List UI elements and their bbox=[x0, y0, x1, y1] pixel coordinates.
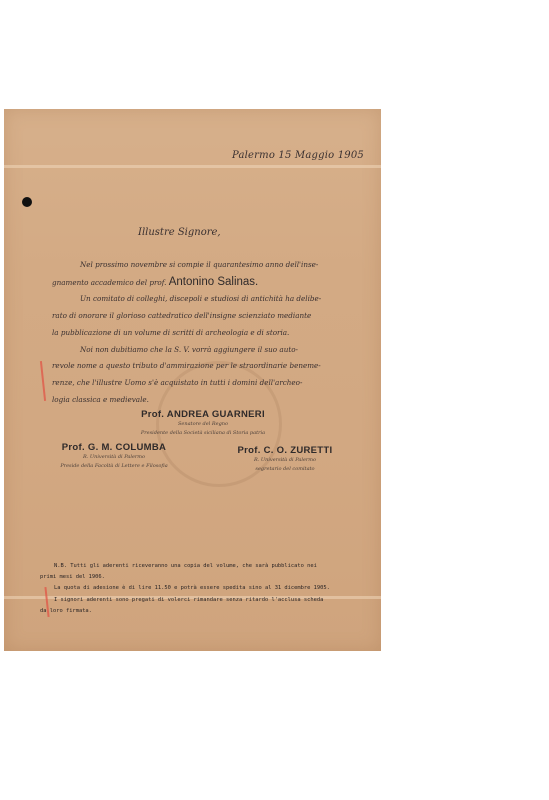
signatory-role: R. Università di Palermo bbox=[34, 453, 194, 462]
body-line: la pubblicazione di un volume di scritti… bbox=[52, 325, 352, 342]
paper-fold-line bbox=[4, 165, 381, 168]
signatory-role: Senatore del Regno bbox=[100, 420, 306, 429]
letter-body: Nel prossimo novembre si compie il quara… bbox=[52, 257, 352, 408]
signatory-guarneri: Prof. ANDREA GUARNERI Senatore del Regno… bbox=[100, 409, 306, 438]
nota-bene: N.B. Tutti gli aderenti riceveranno una … bbox=[40, 561, 360, 617]
signatory-zuretti: Prof. C. O. ZURETTI R. Università di Pal… bbox=[210, 445, 360, 474]
nb-line: N.B. Tutti gli aderenti riceveranno una … bbox=[40, 561, 360, 572]
red-pencil-mark bbox=[40, 361, 46, 401]
body-line: logia classica e medievale. bbox=[52, 392, 352, 409]
salutation: Illustre Signore, bbox=[138, 227, 221, 238]
date-line: Palermo 15 Maggio 1905 bbox=[232, 150, 364, 161]
body-text-fragment: gnamento accademico del prof. bbox=[52, 278, 166, 287]
body-line: revole nome a questo tributo d'ammirazio… bbox=[52, 358, 352, 375]
signatory-role: segretario del comitato bbox=[210, 465, 360, 474]
signatory-name: Prof. C. O. ZURETTI bbox=[210, 445, 360, 456]
nb-line: da loro firmata. bbox=[40, 606, 360, 617]
signatory-name: Prof. ANDREA GUARNERI bbox=[100, 409, 306, 420]
nb-line: La quota di adesione è di lire 11.50 e p… bbox=[40, 583, 360, 594]
body-line: gnamento accademico del prof. Antonino S… bbox=[52, 274, 352, 292]
signatory-name: Prof. G. M. COLUMBA bbox=[34, 442, 194, 453]
body-line: renze, che l'illustre Uomo s'è acquistat… bbox=[52, 375, 352, 392]
honoree-name: Antonino Salinas. bbox=[169, 276, 259, 288]
nb-line: I signori aderenti sono pregati di voler… bbox=[40, 595, 360, 606]
signatory-role: Presidente della Società siciliana di St… bbox=[100, 429, 306, 438]
body-line: Un comitato di colleghi, discepoli e stu… bbox=[52, 291, 352, 308]
signatory-role: Preside della Facoltà di Lettere e Filos… bbox=[34, 462, 194, 471]
letter-page: Palermo 15 Maggio 1905 Illustre Signore,… bbox=[4, 109, 381, 651]
body-line: Noi non dubitiamo che la S. V. vorrà agg… bbox=[52, 342, 352, 359]
signatory-columba: Prof. G. M. COLUMBA R. Università di Pal… bbox=[34, 442, 194, 471]
nb-line: primi mesi del 1906. bbox=[40, 572, 360, 583]
body-line: Nel prossimo novembre si compie il quara… bbox=[52, 257, 352, 274]
body-line: rato di onorare il glorioso cattedratico… bbox=[52, 308, 352, 325]
signatory-role: R. Università di Palermo bbox=[210, 456, 360, 465]
punch-hole-mark bbox=[22, 197, 32, 207]
